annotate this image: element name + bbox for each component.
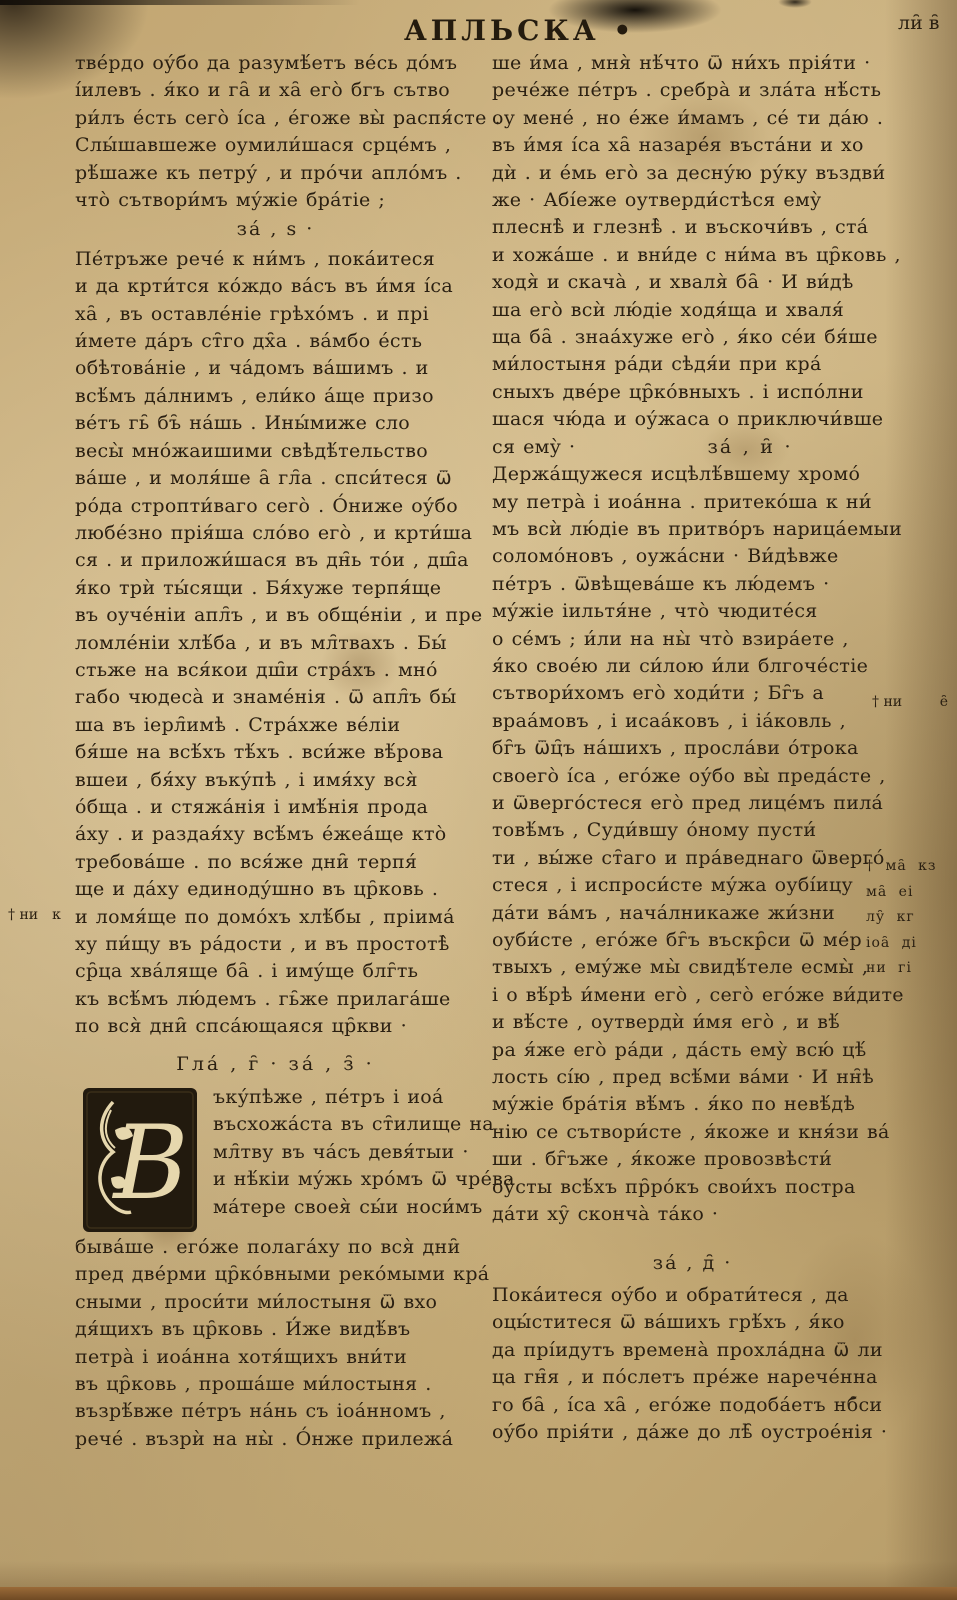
- right-block-3: Пока́итеся оу́бо и обрати́теся , даоцы́с…: [492, 1282, 893, 1446]
- text-line: мл̑тву въ ча́съ девя́тыи ·: [213, 1139, 515, 1166]
- text-line: обѣтова́ніе , и ча́домъ ва́шимъ . и: [75, 355, 476, 382]
- text-line: оу мене́ , но е́же и́мамъ , се́ ти да́ю …: [492, 105, 893, 132]
- text-line: ъку́пѣже , пе́тръ і иоа́: [213, 1084, 515, 1111]
- text-line: весы̀ мно́жаишими свѣдѣ́тельство: [75, 438, 476, 465]
- text-line: дѝ . и е́мь его̀ за десну́ю ру́ку въздви…: [492, 160, 893, 187]
- text-line: петра̀ і иоа́нна хотя́щихъ вни́ти: [75, 1344, 476, 1371]
- text-line: ломле́ніи хлѣ́ба , и въ мл̑твахъ . Бы́: [75, 630, 476, 657]
- margin-ref: іоа̑ ді: [866, 931, 952, 957]
- text-line: твыхъ , ему́же мы̀ свидѣ́теле есмы̀ ,: [492, 954, 893, 981]
- page-bottom-edge: [0, 1587, 957, 1600]
- text-line: і о вѣ́рѣ и́мени его̀ , сего̀ его́же ви́…: [492, 982, 893, 1009]
- text-line: вшеи , бя́ху въку́пѣ , і имя́ху вся̀: [75, 767, 476, 794]
- margin-note-right: † ни е̑: [872, 690, 948, 715]
- text-line: рѣ́шаже къ петру́ , и про́чи апло́мъ .: [75, 160, 476, 187]
- text-line: плеснѣ̀ и глезнѣ̀ . и въскочи́въ , ста́: [492, 214, 893, 241]
- text-line: о се́мъ ; и́ли на ны̀ что̀ взира́ете ,: [492, 626, 893, 653]
- running-title: АПЛЬСКА •: [404, 14, 635, 47]
- text-line: стеся , і испроси́сте му́жа оубі́ицу: [492, 872, 893, 899]
- text-line: ши . бг̑ъже , я́коже провозвѣсти́: [492, 1146, 893, 1173]
- left-block-1: тве́рдо оу́бо да разумѣ́етъ ве́сь до́мъі…: [75, 50, 476, 214]
- text-line: быва́ше . его́же полага́ху по вся̀ дни̑: [75, 1234, 476, 1261]
- margin-ref: е̑: [940, 690, 948, 715]
- text-line: оу́бо прія́ти , да́же до лѣ̑ оустрое́нія…: [492, 1419, 893, 1446]
- text-line: и вѣ́сте , оутвердѝ и́мя его̀ , и вѣ́: [492, 1009, 893, 1036]
- left-block-4: быва́ше . его́же полага́ху по вся̀ дни̑п…: [75, 1234, 476, 1453]
- text-line: Слы́шавшеже оумили́шася срце́мъ ,: [75, 132, 476, 159]
- text-line: ва́ше , и моля́ше а̑ гл̑а . спси́теся ѿ: [75, 465, 476, 492]
- text-line: му́жіе іильтя́не , что̀ чюдите́ся: [492, 598, 893, 625]
- text-line: ср̑ца хва́ляще ба̑ . і иму́ще блг̑ть: [75, 958, 476, 985]
- text-line: ху пи́щу въ ра́дости , и въ простотѣ̀: [75, 931, 476, 958]
- text-line: сными , проси́ти ми́лостыня ѿ вхо: [75, 1289, 476, 1316]
- text-line: дя́щихъ въ цр̑ковь . И́же видѣ́въ: [75, 1316, 476, 1343]
- text-line: бя́ше на всѣ́хъ тѣ́хъ . вси́же вѣ́рова: [75, 739, 476, 766]
- text-line: бг̑ъ ѿц̑ъ на́шихъ , просла́ви о́трока: [492, 735, 893, 762]
- text-line: и да крти́тся ко́ждо ва́съ въ и́мя і́са: [75, 273, 476, 300]
- text-line: Пе́тръже рече́ к ни́мъ , пока́итеся: [75, 246, 476, 273]
- text-line: ша его̀ всѝ лю́діе ходя́ща и хваля́: [492, 297, 893, 324]
- text-line: рече́ . възрѝ на ны̀ . О́нже прилежа́: [75, 1426, 476, 1453]
- text-line: да́ти ва́мъ , нача́лникаже жи́зни: [492, 900, 893, 927]
- text-columns: тве́рдо оу́бо да разумѣ́етъ ве́сь до́мъі…: [75, 50, 893, 1453]
- text-line: ше и́ма , мня̀ нѣ́что ѿ ни́хъ прія́ти ·: [492, 50, 893, 77]
- text-line: да прі́идутъ времена̀ прохла́дна ѿ ли: [492, 1337, 893, 1364]
- text-line: въ цр̑ковь , проша́ше ми́лостыня .: [75, 1371, 476, 1398]
- text-line: и хожа́ше . и вни́де с ни́ма въ цр̑ковь …: [492, 242, 893, 269]
- text-line: къ всѣ́мъ лю́демъ . гь̑же прилага́ше: [75, 986, 476, 1013]
- text-line: лость сі́ю , пред всѣ́ми ва́ми · И нн̑ѣ: [492, 1064, 893, 1091]
- margin-ref: лу̑ кг: [866, 905, 952, 931]
- text-line: требова́ше . по вся́же дни̑ терпя́: [75, 849, 476, 876]
- text-line: пред две́рми цр̑ко́вными реко́мыми кра́: [75, 1261, 476, 1288]
- text-line: габо чюдеса̀ и знаме́нія . ѿ апл̑ъ бы́: [75, 684, 476, 711]
- text-line: ро́да стропти́ваго сего̀ . О́ниже оу́бо: [75, 493, 476, 520]
- text-line: ща ба̑ . знаа́хуже его̀ , я́ко се́и бя́ш…: [492, 324, 893, 351]
- text-line: и́мете да́ръ ст̑го дх̑а . ва́мбо е́сть: [75, 328, 476, 355]
- dropcap-row: В ъку́пѣже , пе́тръ і иоа́въсхожа́ста въ…: [75, 1082, 476, 1234]
- right-block-1: ше и́ма , мня̀ нѣ́что ѿ ни́хъ прія́ти ·р…: [492, 50, 893, 434]
- text-line: же · Абі́еже оутверди́стѣся ему̀: [492, 187, 893, 214]
- text-line: ша въ іерл̑имѣ . Стра́хже ве́ліи: [75, 712, 476, 739]
- text-line: по вся̀ дни̑ спса́ющаяся цр̑кви ·: [75, 1013, 476, 1040]
- text-line: му́жіе бра́тія вѣ́мъ . я́ко по невѣ́дѣ: [492, 1091, 893, 1118]
- zachalo-heading: за́ , ѕ ·: [75, 216, 476, 243]
- text-line: ти , вы́же ст̑аго и пра́веднаго ѿверго́: [492, 845, 893, 872]
- text-line: ма́тере своея̀ сы́и носи́мъ: [213, 1194, 515, 1221]
- text-line: стьже на вся́кои дш̑и стра́хъ . мно́: [75, 657, 476, 684]
- margin-note-left: † ни к: [8, 903, 84, 928]
- text-line: соломо́новъ , оужа́сни · Ви́дѣвже: [492, 543, 893, 570]
- text-line: я́ко трѝ ты́сящи . Бя́хуже терпя́ще: [75, 575, 476, 602]
- text-line: възрѣ́вже пе́тръ на́нь съ іоа́нномъ ,: [75, 1398, 476, 1425]
- text-line: въ и́мя і́са ха̑ назаре́я въста́ни и хо: [492, 132, 893, 159]
- text-line: пе́тръ . ѿвѣщева́ше къ лю́демъ ·: [492, 571, 893, 598]
- margin-ref: † ма̑ кз: [866, 854, 952, 880]
- edge-mark: [778, 0, 812, 8]
- text-line: сътвори́хомъ его̀ ходи́ти ; Бг̑ъ а: [492, 680, 893, 707]
- zachalo-heading-row: ся ему̀ · за́ , и̑ ·: [492, 434, 893, 461]
- text-line: оцы́ститеся ѿ ва́шихъ грѣ́хъ , я́ко: [492, 1309, 893, 1336]
- right-column: ше и́ма , мня̀ нѣ́что ѿ ни́хъ прія́ти ·р…: [492, 50, 893, 1453]
- margin-cross-references: † ма̑ кзма̑ еілу̑ кгіоа̑ діни гі: [866, 854, 952, 982]
- margin-ref: ма̑ еі: [866, 880, 952, 906]
- text-line: ри́лъ е́сть сего̀ і́са , е́гоже вы̀ расп…: [75, 105, 476, 132]
- zachalo-heading: за́ , д̑ ·: [492, 1250, 893, 1277]
- text-line: всѣ́мъ да́лнимъ , ели́ко а́ще призо: [75, 383, 476, 410]
- text-line: і́илевъ . я́ко и га̑ и ха̑ его̀ бгъ сътв…: [75, 77, 476, 104]
- page-top-edge: [0, 0, 360, 5]
- text-line: о́бща . и стяжа́нія і имѣ́нія прода: [75, 794, 476, 821]
- text-line: ца гн̑я , и по́слетъ пре́же нарече́нна: [492, 1364, 893, 1391]
- folio-mark: ли̑ в̑: [898, 12, 939, 34]
- text-line: шася чю́да и оу́жаса о приключи́вше: [492, 406, 893, 433]
- left-column: тве́рдо оу́бо да разумѣ́етъ ве́сь до́мъі…: [75, 50, 476, 1453]
- text-line: ха̑ , въ оставле́ніе грѣхо́мъ . и прі: [75, 301, 476, 328]
- ornate-initial: В: [81, 1086, 199, 1234]
- text-line: оу́сты всѣ́хъ пр̑ро́къ свои́хъ постра: [492, 1174, 893, 1201]
- text-line: и ѿверго́стеся его̀ пред лице́мъ пила́: [492, 790, 893, 817]
- text-line: враа́мовъ , і исаа́ковъ , і іа́ковль ,: [492, 708, 893, 735]
- text-line: тве́рдо оу́бо да разумѣ́етъ ве́сь до́мъ: [75, 50, 476, 77]
- text-line: а́ху . и раздая́ху всѣ́мъ е́жеа́ще кто̀: [75, 821, 476, 848]
- text-line: рече́же пе́тръ . сребра̀ и зла́та нѣ́сть: [492, 77, 893, 104]
- text-line: ра я́же его̀ ра́ди , да́сть ему̀ всю́ цѣ…: [492, 1037, 893, 1064]
- text-line: любе́зно прія́ша сло́во его̀ , и крти́ша: [75, 520, 476, 547]
- zachalo-heading: за́ , и̑ ·: [662, 434, 893, 461]
- text-line: ся . и приложи́шася въ дн̑ь то́и , дш̑а: [75, 547, 476, 574]
- page-right-shadow: [885, 0, 957, 1600]
- text-line: мъ всѝ лю́діе въ притво́ръ нарица́емыи: [492, 516, 893, 543]
- page-bottom-shadow: [0, 1561, 957, 1587]
- text-line: оуби́сте , его́же бг̑ъ въскр̑си ѿ ме́р: [492, 927, 893, 954]
- dropcap-wrap-lines: ъку́пѣже , пе́тръ і иоа́въсхожа́ста въ с…: [213, 1082, 515, 1221]
- text-line: сныхъ две́ре цр̑ко́вныхъ . і испо́лни: [492, 379, 893, 406]
- margin-ref: † ни: [872, 690, 902, 715]
- margin-ref: ни гі: [866, 956, 952, 982]
- text-line: ве́тъ гь̑ бъ̑ на́шь . Ины́миже сло: [75, 410, 476, 437]
- text-line: Держа́щужеся исцѣлѣ́вшему хромо́: [492, 461, 893, 488]
- text-line: что̀ сътвори́мъ му́жіе бра́тіе ;: [75, 187, 476, 214]
- text-line: му петра̀ і иоа́нна . притеко́ша к ни́: [492, 489, 893, 516]
- text-line: въсхожа́ста въ ст̑илище на: [213, 1111, 515, 1138]
- text-line: я́ко свое́ю ли си́лою и́ли блгоче́стіе: [492, 653, 893, 680]
- text-line: го ба̑ , і́са ха̑ , его́же подоба́етъ нб…: [492, 1392, 893, 1419]
- chapter-heading: Гла́ , г̑ · за́ , з̑ ·: [75, 1051, 476, 1078]
- text-line: товѣ́мъ , Суди́вшу о́ному пусти́: [492, 817, 893, 844]
- book-page: АПЛЬСКА • ли̑ в̑ тве́рдо оу́бо да разумѣ…: [0, 0, 957, 1600]
- text-line: Пока́итеся оу́бо и обрати́теся , да: [492, 1282, 893, 1309]
- text-line: ще и да́ху единоду́шно въ цр̑ковь .: [75, 876, 476, 903]
- text-line: ся ему̀ ·: [492, 434, 662, 461]
- text-line: въ оуче́ніи апл̑ъ , и въ обще́ніи , и пр…: [75, 602, 476, 629]
- text-line: нію се сътвори́сте , я́коже и кня́зи ва́: [492, 1119, 893, 1146]
- text-line: ми́лостыня ра́ди сѣдя́и при кра́: [492, 351, 893, 378]
- left-block-2: Пе́тръже рече́ к ни́мъ , пока́итесяи да …: [75, 246, 476, 1041]
- dropcap-letter: В: [112, 1104, 189, 1223]
- text-line: да́ти ху̑ сконча̀ та́ко ·: [492, 1201, 893, 1228]
- text-line: и нѣ́кіи му́жь хро́мъ ѿ чре́ва: [213, 1166, 515, 1193]
- text-line: своего̀ і́са , его́же оу́бо вы̀ преда́ст…: [492, 763, 893, 790]
- right-block-2: Держа́щужеся исцѣлѣ́вшему хромо́му петра…: [492, 461, 893, 1228]
- text-line: и ломя́ще по домо́хъ хлѣ́бы , пріима́: [75, 904, 476, 931]
- text-line: ходя̀ и скача̀ , и хваля̀ ба̑ · И ви́дѣ: [492, 269, 893, 296]
